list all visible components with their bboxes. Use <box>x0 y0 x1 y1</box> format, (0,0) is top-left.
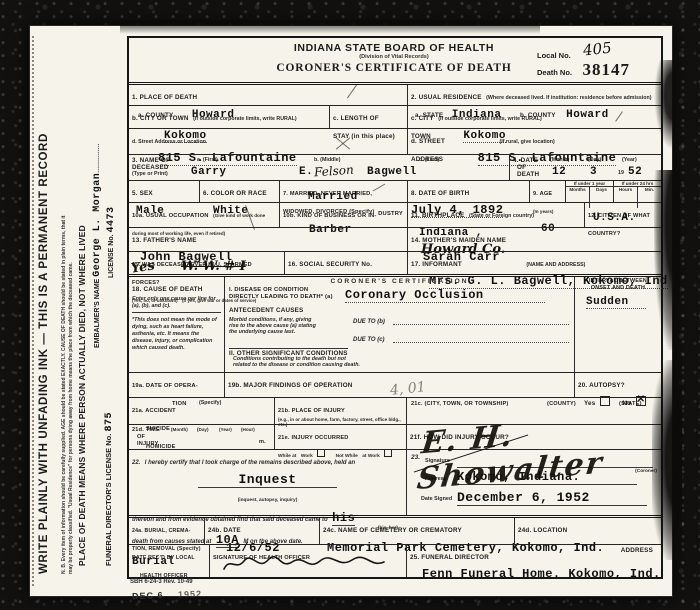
funeral-license-label: FUNERAL DIRECTOR'S LICENSE No. <box>104 434 113 566</box>
f10b-label2: DUSTRY <box>378 211 403 218</box>
f4-year-pre: 19 <box>618 170 624 176</box>
f19b-hand: 4, 01 <box>389 379 426 399</box>
f14-label: 14. MOTHER'S MAIDEN NAME <box>411 237 506 244</box>
board-title: INDIANA STATE BOARD OF HEALTH <box>249 42 539 54</box>
f18-disease-label2: DIRECTLY LEADING TO DEATH* (a) <box>229 294 333 301</box>
f2d-note: (If rural, give location) <box>499 139 554 145</box>
f8-label: 8. DATE OF BIRTH <box>411 190 469 197</box>
f4-day-value: 3 <box>590 166 597 178</box>
f1c-label: c. LENGTH OF <box>333 115 379 122</box>
f17-note: (NAME AND ADDRESS) <box>526 262 585 268</box>
f4-month-value: 12 <box>552 166 566 178</box>
f5-label: 5. SEX <box>132 190 153 197</box>
f21d-hour: (Hour) <box>241 427 255 432</box>
f24a-label: 24a. BURIAL, CREMA- <box>132 528 191 534</box>
f25-fd-label: 25. FUNERAL DIRECTOR <box>410 554 489 561</box>
row-health-officer: DATE REC'D BY LOCAL HEALTH OFFICER DEC 6… <box>129 544 661 577</box>
row-cause-of-death: 18. CAUSE OF DEATH Enter only one cause … <box>129 274 661 372</box>
f3c-label: c. (Last) <box>419 157 439 163</box>
local-no-label: Local No. <box>537 51 571 60</box>
f22-value1: Inquest <box>198 472 336 488</box>
f1b-note: (If outside corporate limits, write RURA… <box>193 116 297 122</box>
f18-interval-value: Sudden <box>586 296 646 309</box>
certificate-title: CORONER'S CERTIFICATE OF DEATH <box>249 62 539 74</box>
f10b-label: 10b. KIND OF BUSINESS OR IN- <box>283 213 377 219</box>
stamp-1952: 1952 <box>178 589 202 600</box>
row-place-residence: 1. PLACE OF DEATH a. COUNTY Howard 2. US… <box>129 82 661 105</box>
embalmer-dots: ............... <box>94 144 101 173</box>
embalmer-name: George L. Morgan <box>92 173 103 277</box>
f21c-county-label: (COUNTY) <box>547 401 576 408</box>
scanned-death-certificate: { "header": { "board": "INDIANA STATE BO… <box>0 0 700 610</box>
f1-title: 1. PLACE OF DEATH <box>132 94 197 101</box>
f20-label: 20. AUTOPSY? <box>578 382 625 389</box>
local-no-value: 405 <box>582 39 612 60</box>
f21d-year: (Year) <box>219 427 232 432</box>
f21a-line1: 21a. ACCIDENT <box>132 408 176 414</box>
f18-due-b-label: DUE TO (b) <box>353 319 385 327</box>
f3c-value: Bagwell <box>367 166 417 178</box>
f2c-label: c. CITY <box>411 115 434 122</box>
f24b-label: 24b. DATE <box>208 527 241 534</box>
f18-note2: *This does not mean the mode of dying, s… <box>132 317 221 352</box>
f23-date-value: December 6, 1952 <box>457 490 647 506</box>
row-burial: 24a. BURIAL, CREMA- TION, REMOVAL (Speci… <box>129 515 661 544</box>
received-date-stamp: DEC 6 1952 <box>132 584 207 605</box>
f4-label3: DEATH <box>517 171 539 179</box>
f25-addr-label: ADDRESS <box>621 547 653 555</box>
f21d-day: (Day) <box>197 427 209 432</box>
f2-title-note: (Where deceased lived. If institution: r… <box>486 95 651 101</box>
f4-year-label: (Year) <box>622 157 637 163</box>
f21e-label: 21e. INJURY OCCURRED <box>278 435 349 441</box>
f21c-city-label: 21c. (CITY, TOWN, OR TOWNSHIP) <box>411 401 508 408</box>
f6-label: 6. COLOR OR RACE <box>203 190 267 197</box>
f21d-line3: INJURY <box>137 441 159 448</box>
f18-antecedent-label: ANTECEDENT CAUSES <box>229 307 303 315</box>
f3b-hand: Felson <box>314 163 355 180</box>
health-officer-signature <box>220 553 390 575</box>
f18-label: 18. CAUSE OF DEATH <box>132 286 203 293</box>
f9-label: 9. AGE <box>533 191 552 197</box>
f13-label: 13. FATHER'S NAME <box>132 237 197 244</box>
f22-note1: (inquest, autopsy, inquiry) <box>238 498 298 503</box>
perforation-edge <box>32 36 34 586</box>
f3a-value: Garry <box>191 166 227 178</box>
f18-note1: Enter only one cause per line for (a), (… <box>132 296 221 313</box>
f19a-label: 19a. DATE OF OPERA- <box>132 383 198 389</box>
margin-embalmer-line: EMBALMER'S NAME George L. Morgan........… <box>92 144 103 349</box>
margin-funeral-license-line: FUNERAL DIRECTOR'S LICENSE No. 875 <box>104 412 115 566</box>
f25-recd-label: DATE REC'D BY LOCAL <box>132 555 195 561</box>
f1b-label: b. CITY OR TOWN <box>132 115 189 122</box>
row-forces-informant: 15. WAS DECEASED EVER IN U. S. ARMED FOR… <box>129 251 661 274</box>
f2-title: 2. USUAL RESIDENCE <box>411 94 482 101</box>
f3b-label: b. (Middle) <box>314 157 340 163</box>
embalmer-label: EMBALMER'S NAME <box>94 279 101 348</box>
f3-label3: (Type or Print) <box>132 171 168 177</box>
f22-num: 22. <box>132 460 140 466</box>
f25-fd-value: Fenn Funeral Home. Kokomo, Ind. <box>422 567 658 581</box>
f18-interval-label1: INTERVAL BETWEEN <box>578 278 658 285</box>
f21b-label: 21b. PLACE OF INJURY <box>278 408 345 414</box>
margin-write-plainly: WRITE PLAINLY WITH UNFADING INK — THIS I… <box>38 133 50 574</box>
margin-nb-line1: N. B. Every item of information should b… <box>61 216 67 574</box>
f18-disease-value: Coronary Occlusion <box>345 288 545 303</box>
row-sex-age: 5. SEX Male 6. COLOR OR RACE White 7. MA… <box>129 180 661 202</box>
row-parents: 13. FATHER'S NAME John Bagwell 14. MOTHE… <box>129 227 661 251</box>
form-number: SBH 6-24-3 Rev. 10-49 <box>130 579 193 585</box>
license-number: 4473 <box>106 206 117 232</box>
f18-certification-heading: CORONER'S CERTIFICATION <box>228 278 571 285</box>
division-subtitle: (Division of Vital Records) <box>249 54 539 60</box>
f18-due-c-label: DUE TO (c) <box>353 337 385 345</box>
f19b-label: 19b. MAJOR FINDINGS OF OPERATION <box>228 382 353 389</box>
f4-day-label: (Day) <box>588 157 601 163</box>
f17-label: 17. INFORMANT <box>411 261 462 268</box>
f24d-label: 24d. LOCATION <box>518 527 567 534</box>
row-street: d. Street Address or Location 815 S. Laf… <box>129 128 661 154</box>
margin-nb-line2: may be properly classified. "Usual Resid… <box>68 262 74 574</box>
margin-place-of-death-note: PLACE OF DEATH MEANS WHERE PERSON ACTUAL… <box>77 225 87 566</box>
certificate-form: INDIANA STATE BOARD OF HEALTH (Division … <box>127 36 663 579</box>
row-city: b. CITY OR TOWN (If outside corporate li… <box>129 105 661 128</box>
form-header: INDIANA STATE BOARD OF HEALTH (Division … <box>129 38 661 82</box>
f21d-line1: 21d. TIME <box>132 427 160 434</box>
f23-date-label: Date Signed <box>421 496 452 502</box>
f1d-label: d. Street Address or Location <box>132 139 206 145</box>
certificate-sheet: WRITE PLAINLY WITH UNFADING INK — THIS I… <box>30 26 672 596</box>
f21d-line2: OF <box>137 434 145 441</box>
license-label: LICENSE No. <box>108 234 115 278</box>
f21d-month: (Month) <box>171 427 188 432</box>
f16-label: 16. SOCIAL SECURITY No. <box>288 261 372 268</box>
row-operation-autopsy: 19a. DATE OF OPERA- TION 19b. MAJOR FIND… <box>129 372 661 397</box>
death-no-label: Death No. <box>537 68 572 77</box>
death-no-value: 38147 <box>582 60 630 79</box>
f11-label: 11. BIRTHPLACE <box>411 212 465 219</box>
f24c-label: 24c. NAME OF CEMETERY OR CREMATORY <box>323 527 462 534</box>
f3a-label: a. (First) <box>197 157 218 163</box>
f21a-note: (Specify) <box>199 400 221 406</box>
f18-other-note2: related to the disease or condition caus… <box>233 362 360 369</box>
f10a-label: 10a. USUAL OCCUPATION <box>132 213 209 219</box>
f11-note: (State or Foreign country) <box>469 213 534 219</box>
f18-antecedent-note3: the underlying cause last. <box>229 329 295 336</box>
f22-text1: I hereby certify that I took charge of t… <box>145 460 355 466</box>
funeral-license-number: 875 <box>104 412 115 432</box>
f3b-typed: E. <box>299 166 313 178</box>
f12-value: U.S.A. <box>593 212 636 224</box>
f21d-ampm: m. <box>259 439 266 446</box>
f15-hand-war: W. W. # I <box>181 259 246 274</box>
stamp-dec6: DEC 6 <box>132 590 164 601</box>
f2c-note: (If outside corporate limits, write RURA… <box>438 116 542 122</box>
margin-license-line: LICENSE No. 4473 <box>106 206 117 278</box>
f18-interval-label2: ONSET AND DEATH <box>578 285 658 292</box>
f4-year-value: 52 <box>628 166 642 178</box>
row-name-dod: 3. NAME OF DECEASED (Type or Print) a. (… <box>129 154 661 180</box>
row-occupation-birthplace: 10a. USUAL OCCUPATION (Give kind of work… <box>129 202 661 227</box>
f2d-label: d. STREET <box>411 138 445 145</box>
f4-month-label: (Month) <box>550 157 569 163</box>
